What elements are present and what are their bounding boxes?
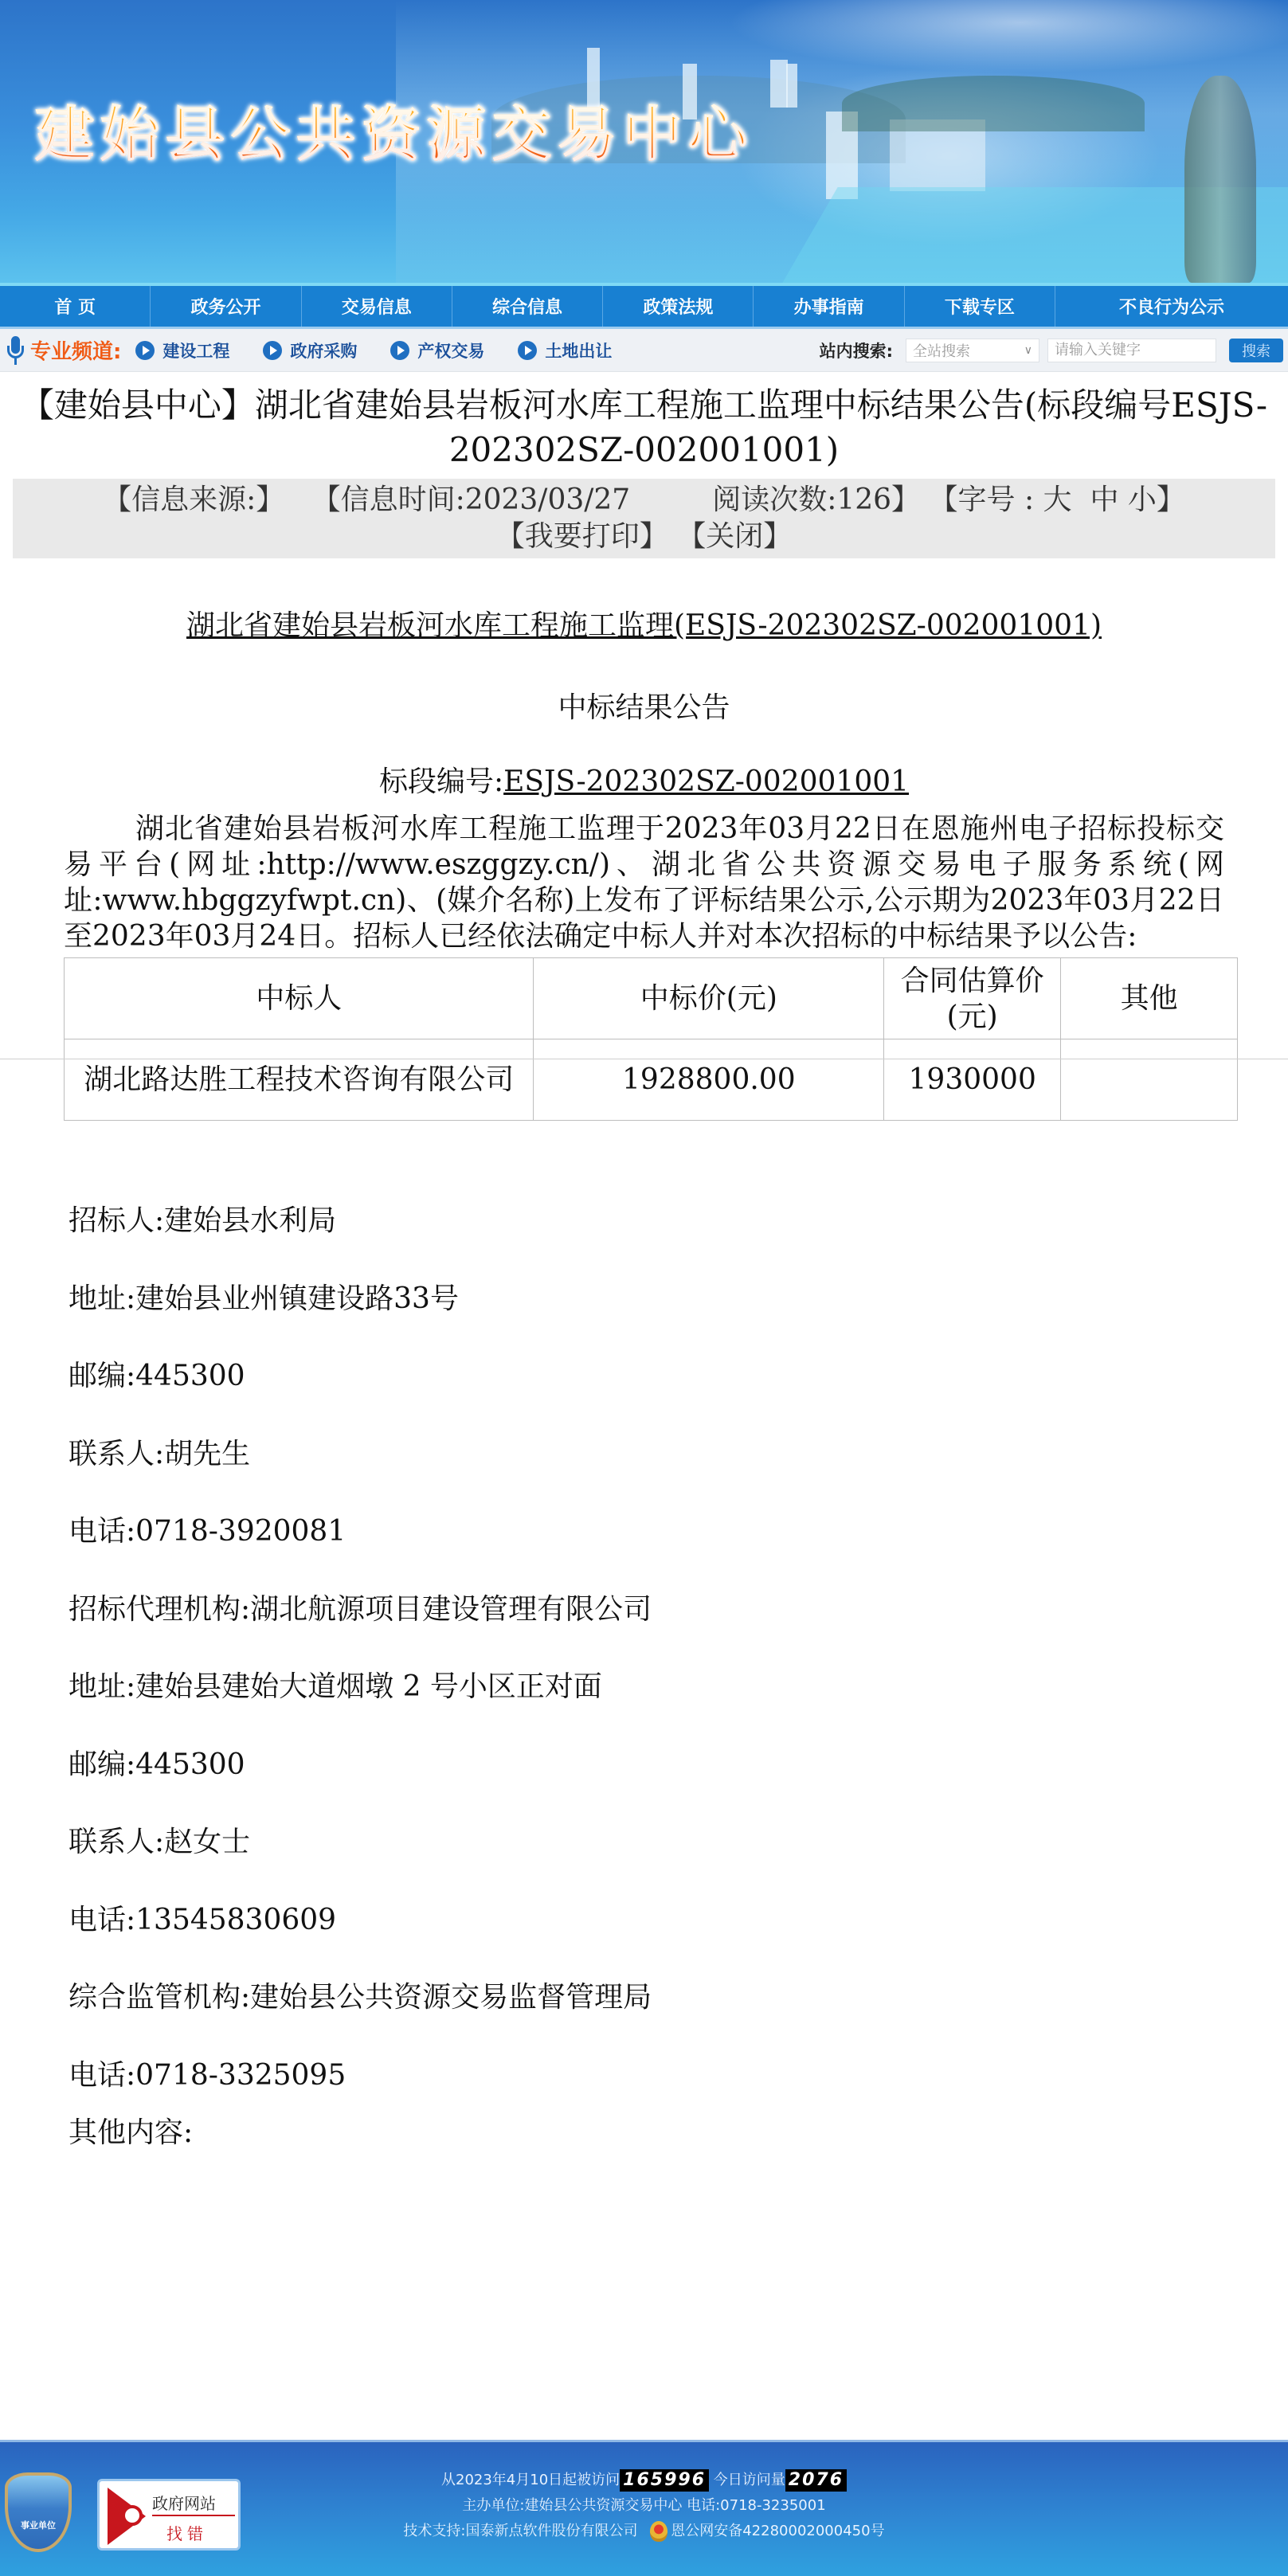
channel-link-property-rights[interactable]: 产权交易 (390, 339, 484, 362)
info-time: 【信息时间:2023/03/27 (312, 483, 631, 516)
tenderer-contact: 联系人:胡先生 (69, 1440, 1288, 1518)
channel-link-label: 建设工程 (162, 339, 229, 362)
play-circle-icon (135, 341, 155, 360)
section-number-value: ESJS-202302SZ-002001001 (503, 765, 909, 798)
table-cell-other (1061, 1039, 1238, 1121)
nav-item-home[interactable]: 首 页 (0, 286, 151, 327)
agency-postcode: 邮编:445300 (69, 1751, 1288, 1829)
nav-item-downloads[interactable]: 下载专区 (905, 286, 1055, 327)
table-header-contract-estimate: 合同估算价(元) (884, 958, 1061, 1039)
notice-title: 中标结果公告 (64, 685, 1224, 726)
print-link[interactable]: 【我要打印】 (496, 520, 668, 553)
nav-item-government-affairs[interactable]: 政务公开 (151, 286, 301, 327)
table-cell-contract-estimate: 1930000 (884, 1039, 1061, 1121)
info-read-count: 阅读次数:126】 (712, 483, 920, 516)
table-header-row: 中标人 中标价(元) 合同估算价(元) 其他 (65, 958, 1238, 1039)
footer-info: 从2023年4月10日起被访问165996 今日访问量2076 主办单位:建始县… (0, 2468, 1288, 2544)
article-title: 【建始县中心】湖北省建始县岩板河水库工程施工监理中标结果公告(标段编号ESJS-… (0, 372, 1288, 469)
other-content: 其他内容: (69, 2119, 1288, 2147)
table-header-winner: 中标人 (65, 958, 534, 1039)
tenderer: 招标人:建始县水利局 (69, 1207, 1288, 1285)
table-header-other: 其他 (1061, 958, 1238, 1039)
font-size-large-link[interactable]: 大 (1043, 483, 1072, 516)
agency-address: 地址:建始县建始大道烟墩 2 号小区正对面 (69, 1673, 1288, 1751)
site-title: 建始县公共资源交易中心 (35, 88, 754, 172)
channel-link-procurement[interactable]: 政府采购 (263, 339, 357, 362)
table-header-bid-price: 中标价(元) (534, 958, 884, 1039)
table-row: 湖北路达胜工程技术咨询有限公司 1928800.00 1930000 (65, 1039, 1238, 1121)
microphone-icon (6, 336, 24, 365)
nav-item-policies[interactable]: 政策法规 (603, 286, 754, 327)
main-nav: 首 页 政务公开 交易信息 综合信息 政策法规 办事指南 下载专区 不良行为公示 (0, 283, 1288, 329)
site-banner: 建始县公共资源交易中心 (0, 0, 1288, 283)
support-line: 技术支持:国泰新点软件股份有限公司 恩公网安备42280002000450号 (0, 2519, 1288, 2544)
channel-link-label: 政府采购 (290, 339, 357, 362)
play-circle-icon (518, 341, 537, 360)
page: 建始县公共资源交易中心 首 页 政务公开 交易信息 综合信息 政策法规 办事指南… (0, 0, 1288, 2576)
chevron-down-icon: ∨ (1024, 344, 1032, 357)
nav-item-misconduct[interactable]: 不良行为公示 (1055, 286, 1288, 327)
search-scope-value: 全站搜索 (913, 340, 970, 361)
nav-item-trade-info[interactable]: 交易信息 (302, 286, 452, 327)
tenderer-postcode: 邮编:445300 (69, 1362, 1288, 1440)
agency: 招标代理机构:湖北航源项目建设管理有限公司 (69, 1595, 1288, 1674)
section-number-label: 标段编号: (379, 765, 503, 798)
divider (0, 1059, 1288, 1059)
contact-list: 招标人:建始县水利局 地址:建始县业州镇建设路33号 邮编:445300 联系人… (0, 1207, 1288, 2147)
section-number: 标段编号:ESJS-202302SZ-002001001 (64, 759, 1224, 800)
announcement-paragraph: 湖北省建始县岩板河水库工程施工监理于2023年03月22日在恩施州电子招标投标交… (64, 811, 1224, 954)
table-cell-bid-price: 1928800.00 (534, 1039, 884, 1121)
info-source: 【信息来源:】 (103, 483, 284, 516)
channel-link-land-transfer[interactable]: 土地出让 (518, 339, 612, 362)
font-size-bracket: 】 (1157, 483, 1185, 516)
tech-support: 技术支持:国泰新点软件股份有限公司 (403, 2523, 637, 2539)
supervisor: 综合监管机构:建始县公共资源交易监督管理局 (69, 1983, 1288, 2061)
site-footer: 事业单位 政府网站 找错 从2023年4月10日起被访问165996 今日访问量… (0, 2440, 1288, 2576)
visits-today: 2076 (785, 2469, 847, 2492)
search-scope-select[interactable]: 全站搜索 ∨ (906, 339, 1039, 362)
bid-result-table: 中标人 中标价(元) 合同估算价(元) 其他 湖北路达胜工程技术咨询有限公司 1… (64, 957, 1238, 1121)
nav-item-general-info[interactable]: 综合信息 (452, 286, 603, 327)
visit-counter-line: 从2023年4月10日起被访问165996 今日访问量2076 (0, 2468, 1288, 2493)
play-circle-icon (390, 341, 409, 360)
nav-item-guide[interactable]: 办事指南 (754, 286, 904, 327)
channel-bar: 专业频道: 建设工程 政府采购 产权交易 土地出让 站内搜索: 全站搜索 ∨ 搜… (0, 329, 1288, 372)
font-size-label: 【字号 : (930, 483, 1035, 516)
close-link[interactable]: 【关闭】 (677, 520, 792, 553)
visits-today-label: 今日访问量 (714, 2472, 785, 2488)
channel-link-label: 土地出让 (545, 339, 612, 362)
font-size-medium-link[interactable]: 中 (1090, 483, 1118, 516)
host-info: 主办单位:建始县公共资源交易中心 电话:0718-3235001 (0, 2493, 1288, 2519)
channel-label: 专业频道: (30, 335, 121, 365)
tenderer-phone: 电话:0718-3920081 (69, 1517, 1288, 1595)
play-circle-icon (263, 341, 282, 360)
search-label: 站内搜索: (820, 339, 893, 362)
agency-phone: 电话:13545830609 (69, 1906, 1288, 1984)
article-content: 湖北省建始县岩板河水库工程施工监理(ESJS-202302SZ-00200100… (0, 603, 1288, 1121)
search-input[interactable] (1047, 339, 1216, 362)
article-info-bar: 【信息来源:】 【信息时间:2023/03/27 阅读次数:126】 【字号 :… (13, 479, 1275, 558)
search-button[interactable]: 搜索 (1229, 339, 1283, 362)
police-emblem-icon (650, 2521, 667, 2542)
agency-contact: 联系人:赵女士 (69, 1828, 1288, 1906)
police-record-link[interactable]: 恩公网安备42280002000450号 (671, 2523, 884, 2539)
supervisor-phone: 电话:0718-3325095 (69, 2061, 1288, 2119)
visits-prefix: 从2023年4月10日起被访问 (441, 2472, 620, 2488)
channel-link-construction[interactable]: 建设工程 (135, 339, 229, 362)
tenderer-address: 地址:建始县业州镇建设路33号 (69, 1285, 1288, 1363)
font-size-small-link[interactable]: 小 (1128, 483, 1157, 516)
table-cell-winner: 湖北路达胜工程技术咨询有限公司 (65, 1039, 534, 1121)
channel-link-label: 产权交易 (417, 339, 484, 362)
site-search: 站内搜索: 全站搜索 ∨ 搜索 (820, 339, 1288, 362)
visits-total: 165996 (620, 2469, 709, 2492)
project-title: 湖北省建始县岩板河水库工程施工监理(ESJS-202302SZ-00200100… (64, 603, 1224, 644)
